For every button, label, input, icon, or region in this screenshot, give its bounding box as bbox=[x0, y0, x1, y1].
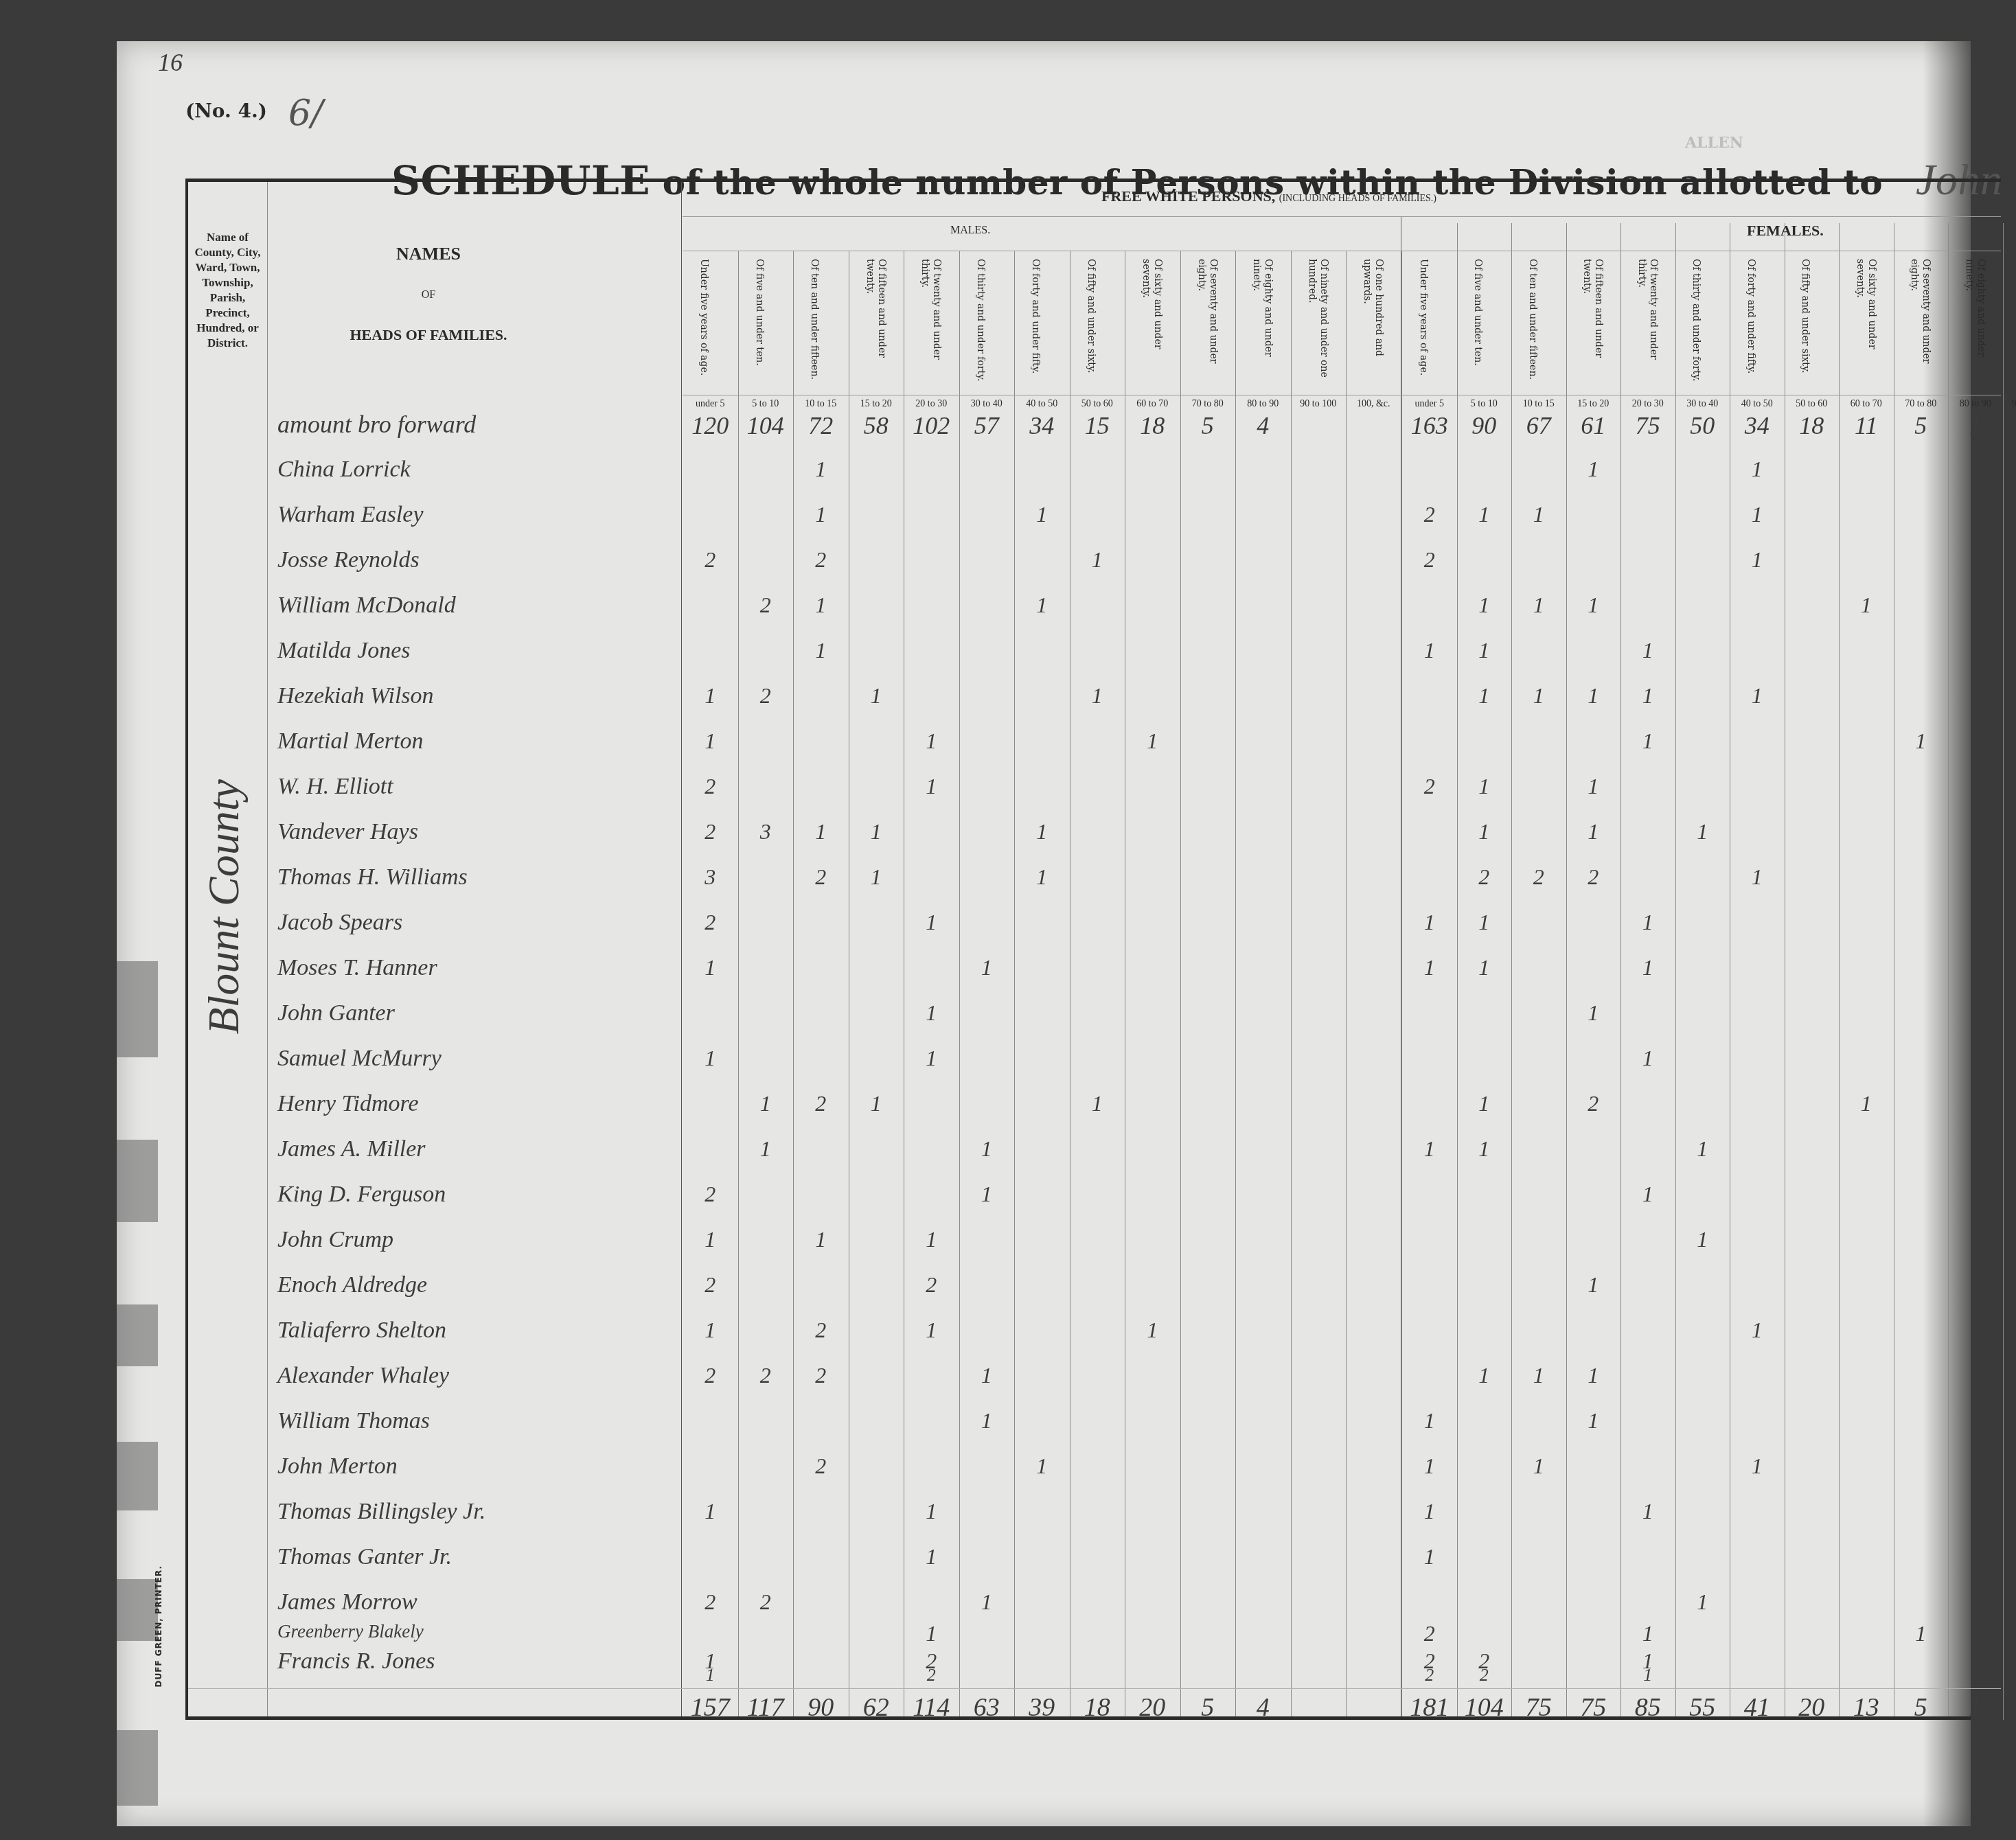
names-header-line-3: HEADS OF FAMILIES. bbox=[271, 326, 586, 344]
males-tally: 2 bbox=[738, 683, 794, 709]
binding-tab bbox=[117, 1140, 158, 1222]
pencil-mark: 6/ bbox=[288, 93, 323, 134]
head-of-family-name: Greenberry Blakely bbox=[277, 1621, 424, 1642]
brought-forward-males-value: 5 bbox=[1180, 411, 1236, 440]
females-tally: 1 bbox=[1620, 683, 1675, 709]
females-tally: 1 bbox=[1620, 728, 1675, 754]
males-column-desc: Of fifty and under sixty. bbox=[1085, 259, 1097, 389]
males-tally: 2 bbox=[793, 1318, 849, 1343]
females-tally: 1 bbox=[1566, 683, 1621, 709]
males-tally: 3 bbox=[683, 864, 738, 890]
females-tally: 1 bbox=[1730, 683, 1785, 709]
females-tally: 1 bbox=[1675, 1227, 1730, 1252]
table-row: Warham Easley112111 bbox=[188, 502, 2001, 547]
females-tally: 1 bbox=[1457, 502, 1512, 527]
males-column-desc: Of thirty and under forty. bbox=[974, 259, 986, 389]
males-tally: 2 bbox=[793, 1453, 849, 1479]
females-tally: 1 bbox=[1402, 1408, 1457, 1434]
head-of-family-name: Vandever Hays bbox=[277, 819, 418, 845]
females-tally: 1 bbox=[1566, 1363, 1621, 1388]
females-tally: 1 bbox=[1511, 1363, 1566, 1388]
binding-tab bbox=[117, 961, 158, 1057]
males-column-range: 80 to 90 bbox=[1235, 399, 1291, 410]
table-row: Enoch Aldredge221 bbox=[188, 1272, 2001, 1318]
table-row: Josse Reynolds22121 bbox=[188, 547, 2001, 593]
males-tally: 2 bbox=[738, 1589, 794, 1615]
binding-tab bbox=[117, 1304, 158, 1366]
males-tally: 1 bbox=[1070, 547, 1125, 573]
females-tally: 1 bbox=[1620, 910, 1675, 935]
females-tally: 1 bbox=[1730, 457, 1785, 482]
brought-forward-males-value: 34 bbox=[1014, 411, 1070, 440]
head-of-family-name: Taliaferro Shelton bbox=[277, 1318, 446, 1344]
females-tally: 1 bbox=[1620, 1182, 1675, 1207]
females-tally: 2 bbox=[1566, 1091, 1621, 1116]
names-header-line-2: OF bbox=[271, 289, 586, 301]
table-row: Francis R. Jones12221 bbox=[188, 1648, 2001, 1676]
females-tally: 1 bbox=[1839, 593, 1894, 618]
males-tally: 1 bbox=[1070, 683, 1125, 709]
males-column-range: 20 to 30 bbox=[904, 399, 959, 410]
males-tally: 1 bbox=[1070, 1091, 1125, 1116]
head-of-family-name: James Morrow bbox=[277, 1589, 417, 1615]
males-column-desc: Of seventy and under eighty. bbox=[1195, 259, 1219, 389]
table-row: Thomas H. Williams32112221 bbox=[188, 864, 2001, 910]
males-tally: 3 bbox=[738, 819, 794, 844]
females-column-range: 30 to 40 bbox=[1675, 399, 1730, 410]
females-tally: 1 bbox=[1620, 638, 1675, 663]
females-column-range: 40 to 50 bbox=[1730, 399, 1785, 410]
table-row: John Merton21111 bbox=[188, 1453, 2001, 1499]
printer-imprint: DUFF GREEN, PRINTER. bbox=[154, 1565, 163, 1688]
head-of-family-name: Moses T. Hanner bbox=[277, 955, 437, 981]
males-column-range: under 5 bbox=[683, 399, 738, 410]
males-tally: 1 bbox=[1125, 728, 1180, 754]
table-row: William Thomas111 bbox=[188, 1408, 2001, 1453]
females-tally: 1 bbox=[1566, 593, 1621, 618]
brought-forward-females-value: 61 bbox=[1566, 411, 1621, 440]
females-tally: 1 bbox=[1730, 1318, 1785, 1343]
females-column-range: 20 to 30 bbox=[1620, 399, 1675, 410]
males-tally: 1 bbox=[849, 683, 904, 709]
females-column-desc: Of sixty and under seventy. bbox=[1854, 259, 1877, 389]
males-column-desc: Of ten and under fifteen. bbox=[808, 259, 820, 389]
males-tally: 1 bbox=[1014, 1453, 1070, 1479]
head-of-family-name: Thomas Ganter Jr. bbox=[277, 1544, 452, 1570]
males-tally: 2 bbox=[904, 1272, 959, 1298]
males-tally: 2 bbox=[793, 1363, 849, 1388]
head-of-family-name: Henry Tidmore bbox=[277, 1091, 419, 1117]
males-tally: 1 bbox=[959, 1363, 1015, 1388]
county-column-header: Name of County, City, Ward, Town, Townsh… bbox=[188, 230, 267, 351]
males-tally: 1 bbox=[793, 638, 849, 663]
females-column-range: 70 to 80 bbox=[1894, 399, 1949, 410]
males-tally: 2 bbox=[793, 864, 849, 890]
head-of-family-name: Samuel McMurry bbox=[277, 1046, 442, 1072]
brought-forward-males-value: 120 bbox=[683, 411, 738, 440]
brought-forward-females-value: 50 bbox=[1675, 411, 1730, 440]
males-tally: 1 bbox=[904, 1000, 959, 1026]
table-row: Alexander Whaley2221111 bbox=[188, 1363, 2001, 1408]
males-column-range: 5 to 10 bbox=[738, 399, 794, 410]
carry-mark: 1 bbox=[683, 1665, 738, 1686]
table-row: Hezekiah Wilson121111111 bbox=[188, 683, 2001, 728]
females-tally: 1 bbox=[1402, 910, 1457, 935]
binding-tab bbox=[117, 1730, 158, 1806]
females-tally: 1 bbox=[1620, 1621, 1675, 1646]
brought-forward-males-value: 18 bbox=[1125, 411, 1180, 440]
females-tally: 1 bbox=[1457, 819, 1512, 844]
males-column-range: 70 to 80 bbox=[1180, 399, 1236, 410]
females-tally: 1 bbox=[1620, 955, 1675, 980]
brought-forward-label: amount bro forward bbox=[277, 410, 476, 439]
males-tally: 2 bbox=[793, 547, 849, 573]
males-tally: 1 bbox=[849, 819, 904, 844]
females-column-desc: Of fifteen and under twenty. bbox=[1581, 259, 1604, 389]
females-tally: 1 bbox=[1894, 1621, 1949, 1646]
males-tally: 1 bbox=[959, 955, 1015, 980]
head-of-family-name: James A. Miller bbox=[277, 1136, 426, 1162]
group-subtitle: (INCLUDING HEADS OF FAMILIES.) bbox=[1279, 194, 1436, 204]
females-column-desc: Of forty and under fifty. bbox=[1745, 259, 1756, 389]
males-tally: 1 bbox=[904, 1046, 959, 1071]
head-of-family-name: William McDonald bbox=[277, 593, 456, 619]
table-row: John Crump1111 bbox=[188, 1227, 2001, 1272]
table-row: Martial Merton11111 bbox=[188, 728, 2001, 774]
head-of-family-name: W. H. Elliott bbox=[277, 774, 393, 800]
females-tally: 1 bbox=[1730, 502, 1785, 527]
females-tally: 1 bbox=[1675, 1589, 1730, 1615]
bottom-rule bbox=[185, 1716, 1971, 1720]
females-tally: 1 bbox=[1457, 683, 1512, 709]
females-tally: 1 bbox=[1566, 1272, 1621, 1298]
females-tally: 2 bbox=[1402, 1621, 1457, 1646]
head-of-family-name: China Lorrick bbox=[277, 457, 411, 483]
males-tally: 1 bbox=[904, 728, 959, 754]
males-tally: 1 bbox=[904, 1499, 959, 1524]
males-tally: 2 bbox=[683, 910, 738, 935]
males-tally: 1 bbox=[959, 1182, 1015, 1207]
males-tally: 1 bbox=[683, 1046, 738, 1071]
males-column-desc: Of fifteen and under twenty. bbox=[864, 259, 887, 389]
table-row: King D. Ferguson211 bbox=[188, 1182, 2001, 1227]
brought-forward-males-value: 58 bbox=[849, 411, 904, 440]
column-divider bbox=[2003, 223, 2004, 1720]
females-tally: 1 bbox=[1457, 593, 1512, 618]
females-tally: 1 bbox=[1457, 1091, 1512, 1116]
females-tally: 1 bbox=[1566, 774, 1621, 799]
males-tally: 1 bbox=[683, 955, 738, 980]
females-column-desc: Of fifty and under sixty. bbox=[1799, 259, 1811, 389]
males-tally: 2 bbox=[793, 1091, 849, 1116]
males-tally: 1 bbox=[904, 1318, 959, 1343]
males-column-desc: Of one hundred and upwards. bbox=[1361, 259, 1384, 389]
females-tally: 1 bbox=[1511, 502, 1566, 527]
males-column-range: 30 to 40 bbox=[959, 399, 1015, 410]
free-white-persons-header: FREE WHITE PERSONS, (INCLUDING HEADS OF … bbox=[1101, 187, 1436, 205]
table-row: Jacob Spears21111 bbox=[188, 910, 2001, 955]
males-tally: 1 bbox=[793, 502, 849, 527]
brought-forward-males-value: 72 bbox=[793, 411, 849, 440]
females-tally: 1 bbox=[1457, 774, 1512, 799]
males-tally: 1 bbox=[683, 1318, 738, 1343]
males-tally: 1 bbox=[904, 774, 959, 799]
females-tally: 1 bbox=[1675, 1136, 1730, 1162]
males-column-desc: Of ninety and under one hundred. bbox=[1306, 259, 1329, 389]
males-tally: 2 bbox=[683, 1272, 738, 1298]
census-table: ALLEN Name of County, City, Ward, Town, … bbox=[185, 179, 2001, 1720]
carry-mark: 2 bbox=[904, 1665, 959, 1686]
males-tally: 2 bbox=[683, 1363, 738, 1388]
head-of-family-name: Hezekiah Wilson bbox=[277, 683, 434, 709]
head-of-family-name: Warham Easley bbox=[277, 502, 424, 528]
females-tally: 2 bbox=[1402, 774, 1457, 799]
males-tally: 1 bbox=[959, 1408, 1015, 1434]
males-tally: 1 bbox=[793, 1227, 849, 1252]
males-tally: 2 bbox=[683, 819, 738, 844]
males-column-range: 10 to 15 bbox=[793, 399, 849, 410]
head-of-family-name: Alexander Whaley bbox=[277, 1363, 449, 1389]
brought-forward-females-value: 163 bbox=[1402, 411, 1457, 440]
males-tally: 1 bbox=[1014, 864, 1070, 890]
males-tally: 1 bbox=[683, 728, 738, 754]
table-row: W. H. Elliott21211 bbox=[188, 774, 2001, 819]
females-tally: 1 bbox=[1566, 457, 1621, 482]
females-tally: 2 bbox=[1402, 547, 1457, 573]
totals-rule bbox=[188, 1688, 2001, 1689]
header-rule bbox=[683, 216, 2001, 217]
brought-forward-females-value: 67 bbox=[1511, 411, 1566, 440]
females-tally: 1 bbox=[1620, 1046, 1675, 1071]
schedule-number: (No. 4.) bbox=[185, 100, 267, 122]
males-tally: 1 bbox=[683, 1227, 738, 1252]
head-of-family-name: Jacob Spears bbox=[277, 910, 402, 936]
females-tally: 1 bbox=[1511, 593, 1566, 618]
head-of-family-name: William Thomas bbox=[277, 1408, 430, 1434]
table-row: Taliaferro Shelton12111 bbox=[188, 1318, 2001, 1363]
head-of-family-name: Thomas H. Williams bbox=[277, 864, 468, 890]
females-tally: 1 bbox=[1730, 1453, 1785, 1479]
males-tally: 1 bbox=[738, 1091, 794, 1116]
males-column-desc: Of eighty and under ninety. bbox=[1250, 259, 1274, 389]
page-number: 16 bbox=[158, 48, 183, 77]
males-column-range: 15 to 20 bbox=[849, 399, 904, 410]
binding-tab bbox=[117, 1579, 158, 1641]
census-page: 16 (No. 4.) 6/ SCHEDULE of the whole num… bbox=[117, 41, 1971, 1826]
males-tally: 1 bbox=[959, 1136, 1015, 1162]
head-of-family-name: John Merton bbox=[277, 1453, 398, 1480]
males-tally: 2 bbox=[683, 1182, 738, 1207]
females-tally: 1 bbox=[1675, 819, 1730, 844]
males-tally: 2 bbox=[738, 1363, 794, 1388]
brought-forward-males-value: 4 bbox=[1235, 411, 1291, 440]
females-column-range: 50 to 60 bbox=[1785, 399, 1840, 410]
females-tally: 1 bbox=[1402, 1136, 1457, 1162]
males-column-range: 90 to 100 bbox=[1291, 399, 1347, 410]
females-column-range: 90 to 100 bbox=[2003, 399, 2016, 410]
females-tally: 1 bbox=[1894, 728, 1949, 754]
females-column-desc: Of seventy and under eighty. bbox=[1908, 259, 1932, 389]
males-tally: 1 bbox=[738, 1136, 794, 1162]
faint-stamp: ALLEN bbox=[1685, 134, 1743, 152]
table-row: Thomas Billingsley Jr.1111 bbox=[188, 1499, 2001, 1544]
head-of-family-name: Martial Merton bbox=[277, 728, 423, 755]
names-header-line-1: NAMES bbox=[271, 244, 586, 264]
brought-forward-females-value: 75 bbox=[1620, 411, 1675, 440]
females-tally: 1 bbox=[1730, 547, 1785, 573]
males-tally: 1 bbox=[904, 1544, 959, 1569]
females-tally: 2 bbox=[1402, 502, 1457, 527]
females-column-desc: Of five and under ten. bbox=[1471, 259, 1483, 389]
table-row: Greenberry Blakely1211 bbox=[188, 1621, 2001, 1648]
females-tally: 1 bbox=[1402, 1544, 1457, 1569]
males-tally: 2 bbox=[683, 774, 738, 799]
group-title: FREE WHITE PERSONS, bbox=[1101, 187, 1275, 205]
table-row: Moses T. Hanner11111 bbox=[188, 955, 2001, 1000]
females-tally: 1 bbox=[1566, 819, 1621, 844]
males-tally: 1 bbox=[793, 593, 849, 618]
males-column-desc: Of sixty and under seventy. bbox=[1140, 259, 1163, 389]
females-column-desc: Of thirty and under forty. bbox=[1690, 259, 1702, 389]
brought-forward-females-value: 34 bbox=[1730, 411, 1785, 440]
females-tally: 2 bbox=[1511, 864, 1566, 890]
names-column-header: NAMES OF HEADS OF FAMILIES. bbox=[271, 244, 586, 344]
head-of-family-name: Francis R. Jones bbox=[277, 1648, 435, 1675]
table-row: John Ganter11 bbox=[188, 1000, 2001, 1046]
males-tally: 1 bbox=[683, 1499, 738, 1524]
females-column-range: 5 to 10 bbox=[1457, 399, 1512, 410]
carry-mark: 1 bbox=[1620, 1665, 1675, 1686]
table-row: Vandever Hays23111111 bbox=[188, 819, 2001, 864]
table-row: Henry Tidmore1211121 bbox=[188, 1091, 2001, 1136]
head-of-family-name: Josse Reynolds bbox=[277, 547, 420, 573]
brought-forward-males-value: 102 bbox=[904, 411, 959, 440]
males-tally: 1 bbox=[1014, 819, 1070, 844]
females-tally: 1 bbox=[1402, 1453, 1457, 1479]
males-tally: 1 bbox=[904, 1227, 959, 1252]
males-tally: 1 bbox=[793, 819, 849, 844]
females-column-range: under 5 bbox=[1402, 399, 1457, 410]
females-column-desc: Of eighty and under ninety. bbox=[1963, 259, 1986, 389]
females-header: FEMALES. bbox=[1747, 222, 1824, 240]
females-column-desc: Of twenty and under thirty. bbox=[1636, 259, 1659, 389]
females-tally: 1 bbox=[1457, 1136, 1512, 1162]
females-column-range: 80 to 90 bbox=[1948, 399, 2003, 410]
head-of-family-name: Thomas Billingsley Jr. bbox=[277, 1499, 485, 1525]
females-tally: 1 bbox=[1620, 1499, 1675, 1524]
header-rule bbox=[683, 395, 2001, 395]
males-column-desc: Of forty and under fifty. bbox=[1029, 259, 1041, 389]
females-tally: 1 bbox=[1511, 1453, 1566, 1479]
females-tally: 1 bbox=[1402, 638, 1457, 663]
males-column-desc: Under five years of age. bbox=[698, 259, 709, 389]
males-column-desc: Of five and under ten. bbox=[753, 259, 765, 389]
females-tally: 1 bbox=[1402, 955, 1457, 980]
females-column-desc: Of ten and under fifteen. bbox=[1526, 259, 1538, 389]
brought-forward-males-value: 15 bbox=[1070, 411, 1125, 440]
females-tally: 1 bbox=[1511, 683, 1566, 709]
males-column-range: 60 to 70 bbox=[1125, 399, 1180, 410]
females-tally: 1 bbox=[1457, 638, 1512, 663]
head-of-family-name: King D. Ferguson bbox=[277, 1182, 446, 1208]
males-tally: 1 bbox=[904, 1621, 959, 1646]
males-tally: 1 bbox=[683, 683, 738, 709]
brought-forward-females-value: 1 bbox=[1948, 411, 2003, 440]
males-tally: 1 bbox=[793, 457, 849, 482]
binding-tab bbox=[117, 1442, 158, 1510]
carry-mark: 2 bbox=[1457, 1665, 1512, 1686]
carry-mark: 2 bbox=[1402, 1665, 1457, 1686]
males-column-range: 50 to 60 bbox=[1070, 399, 1125, 410]
table-row: Matilda Jones1111 bbox=[188, 638, 2001, 683]
males-tally: 1 bbox=[1125, 1318, 1180, 1343]
males-tally: 1 bbox=[849, 864, 904, 890]
table-row: Samuel McMurry111 bbox=[188, 1046, 2001, 1091]
females-tally: 2 bbox=[1566, 864, 1621, 890]
males-tally: 1 bbox=[1014, 502, 1070, 527]
brought-forward-females-value: 11 bbox=[1839, 411, 1894, 440]
females-tally: 1 bbox=[1839, 1091, 1894, 1116]
females-column-range: 60 to 70 bbox=[1839, 399, 1894, 410]
males-tally: 1 bbox=[959, 1589, 1015, 1615]
brought-forward-females-value: 5 bbox=[1894, 411, 1949, 440]
head-of-family-name: Enoch Aldredge bbox=[277, 1272, 427, 1298]
females-tally: 1 bbox=[1566, 1000, 1621, 1026]
brought-forward-males-value: 104 bbox=[738, 411, 794, 440]
females-tally: 1 bbox=[1457, 955, 1512, 980]
females-column-range: 15 to 20 bbox=[1566, 399, 1621, 410]
head-of-family-name: John Ganter bbox=[277, 1000, 395, 1026]
males-column-desc: Of twenty and under thirty. bbox=[919, 259, 942, 389]
table-row: James A. Miller11111 bbox=[188, 1136, 2001, 1182]
females-column-range: 10 to 15 bbox=[1511, 399, 1566, 410]
females-tally: 1 bbox=[1402, 1499, 1457, 1524]
females-tally: 2 bbox=[1457, 864, 1512, 890]
brought-forward-females-value: 18 bbox=[1785, 411, 1840, 440]
brought-forward-females-value: 90 bbox=[1457, 411, 1512, 440]
males-tally: 2 bbox=[738, 593, 794, 618]
females-tally: 1 bbox=[1457, 1363, 1512, 1388]
females-tally: 1 bbox=[1457, 910, 1512, 935]
head-of-family-name: Matilda Jones bbox=[277, 638, 411, 664]
males-header: MALES. bbox=[950, 225, 990, 237]
females-column-desc: Under five years of age. bbox=[1417, 259, 1429, 389]
table-row: China Lorrick111 bbox=[188, 457, 2001, 502]
males-tally: 2 bbox=[683, 1589, 738, 1615]
males-column-range: 100, &c. bbox=[1346, 399, 1401, 410]
table-row: William McDonald2111111 bbox=[188, 593, 2001, 638]
females-tally: 1 bbox=[1730, 864, 1785, 890]
males-tally: 2 bbox=[683, 547, 738, 573]
females-tally: 1 bbox=[1566, 1408, 1621, 1434]
table-row: Thomas Ganter Jr.11 bbox=[188, 1544, 2001, 1589]
brought-forward-males-value: 57 bbox=[959, 411, 1015, 440]
males-tally: 1 bbox=[904, 910, 959, 935]
males-column-range: 40 to 50 bbox=[1014, 399, 1070, 410]
males-tally: 1 bbox=[1014, 593, 1070, 618]
head-of-family-name: John Crump bbox=[277, 1227, 393, 1253]
header-rule bbox=[683, 251, 2001, 251]
males-tally: 1 bbox=[849, 1091, 904, 1116]
